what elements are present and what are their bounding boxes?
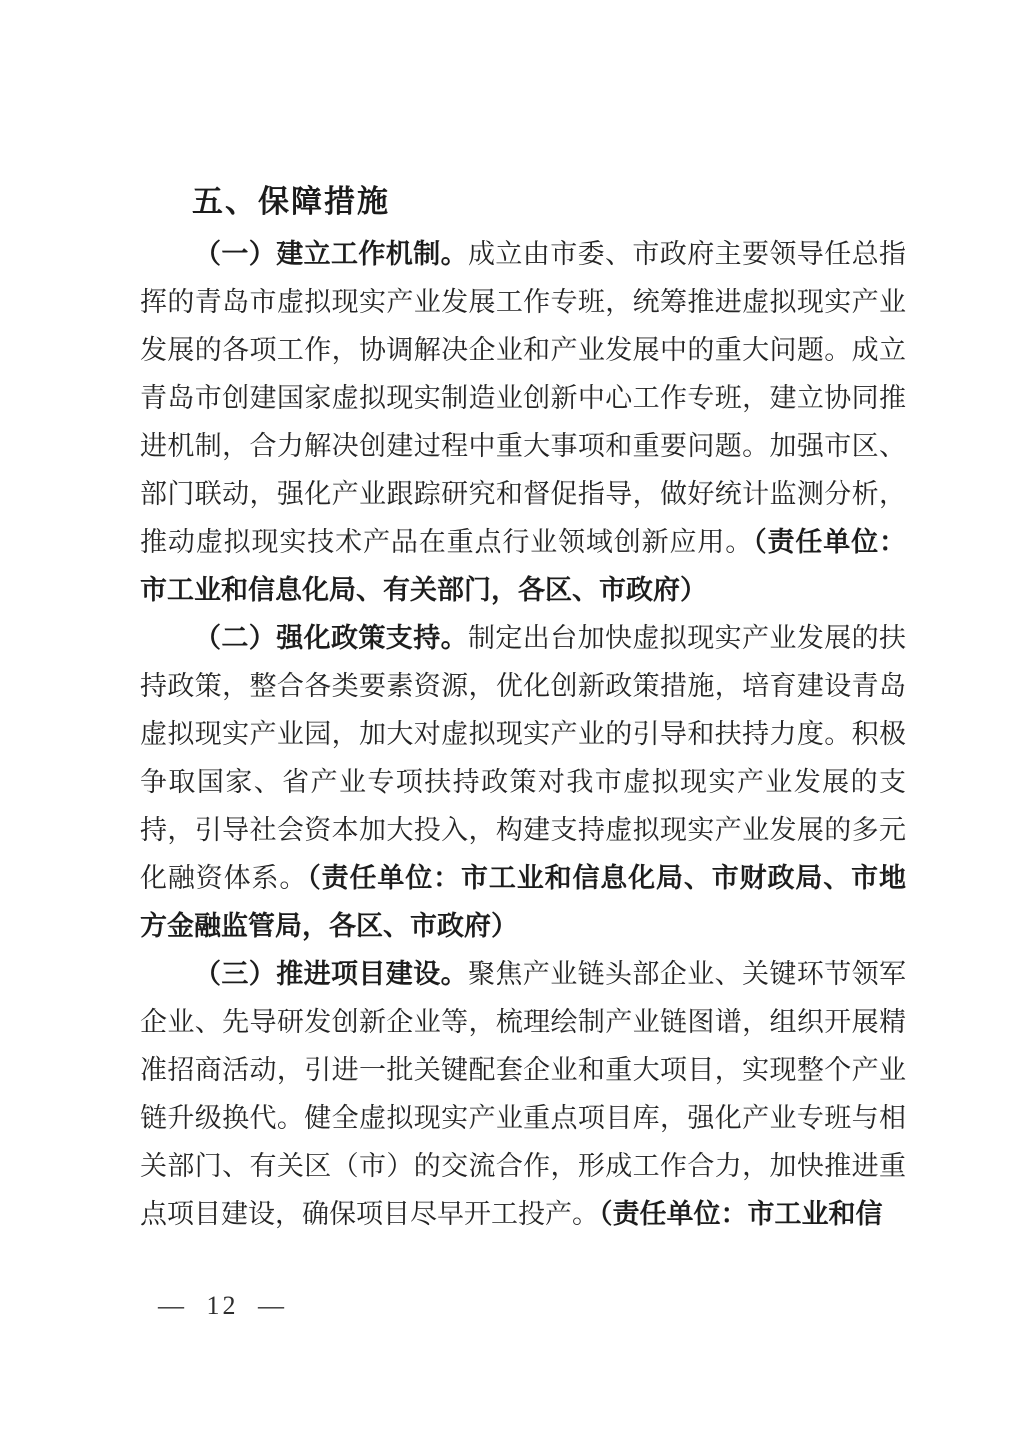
paragraph-2: （二）强化政策支持。制定出台加快虚拟现实产业发展的扶持政策，整合各类要素资源，优…	[140, 614, 906, 950]
paragraph-3-lead: （三）推进项目建设。	[194, 959, 468, 989]
page-number: — 12 —	[158, 1291, 287, 1320]
document-body: 五、保障措施 （一）建立工作机制。成立由市委、市政府主要领导任总指挥的青岛市虚拟…	[140, 178, 906, 1238]
paragraph-3-responsibility: （责任单位：市工业和信	[599, 1199, 883, 1229]
paragraph-1-lead: （一）建立工作机制。	[194, 239, 468, 269]
paragraph-1: （一）建立工作机制。成立由市委、市政府主要领导任总指挥的青岛市虚拟现实产业发展工…	[140, 230, 906, 614]
paragraph-1-body: 成立由市委、市政府主要领导任总指挥的青岛市虚拟现实产业发展工作专班，统筹推进虚拟…	[140, 239, 906, 557]
paragraph-2-body: 制定出台加快虚拟现实产业发展的扶持政策，整合各类要素资源，优化创新政策措施，培育…	[140, 623, 906, 893]
paragraph-2-lead: （二）强化政策支持。	[194, 623, 468, 653]
section-heading: 五、保障措施	[140, 178, 906, 226]
paragraph-3: （三）推进项目建设。聚焦产业链头部企业、关键环节领军企业、先导研发创新企业等，梳…	[140, 950, 906, 1238]
document-page: 五、保障措施 （一）建立工作机制。成立由市委、市政府主要领导任总指挥的青岛市虚拟…	[0, 0, 1024, 1447]
paragraph-3-body: 聚焦产业链头部企业、关键环节领军企业、先导研发创新企业等，梳理绘制产业链图谱，组…	[140, 959, 906, 1229]
page-footer: — 12 —	[158, 1288, 287, 1324]
